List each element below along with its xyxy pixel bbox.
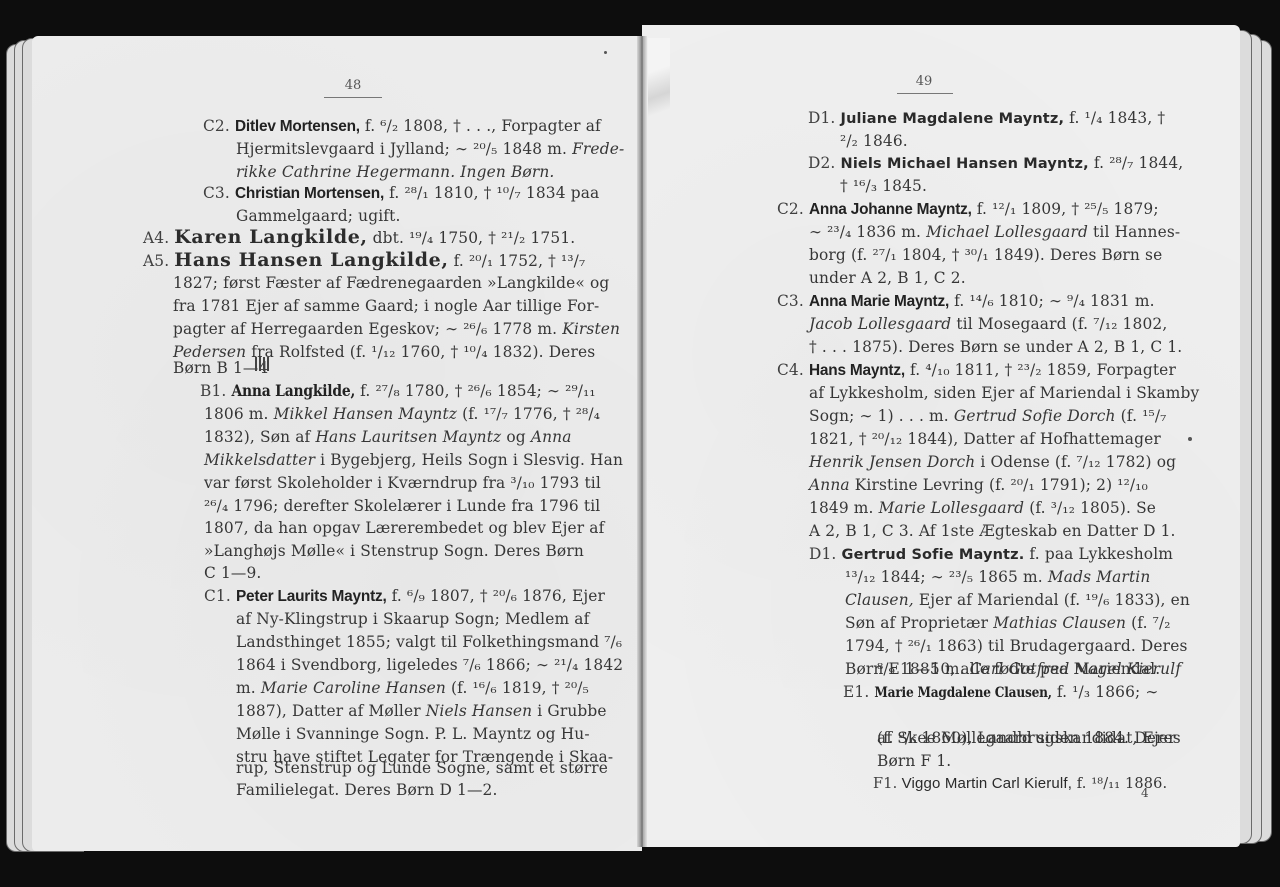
entry-C2: C2. Ditlev Mortensen, f. ⁶/₂ 1808, † . .… [203,115,601,139]
text-line: under A 2, B 1, C 2. [809,267,966,290]
text-line: af Lykkesholm, siden Ejer af Mariendal i… [809,382,1199,405]
text-line: af Skee Møllegaard siden 1884. Deres [877,727,1181,750]
text-line: Henrik Jensen Dorch i Odense (f. ⁷/₁₂ 17… [809,451,1176,474]
text-line: Mølle i Svanninge Sogn. P. L. Mayntz og … [236,723,590,746]
folio-rule [897,93,953,94]
text-line: ⁸/₉ 1885 m. Carl Gotfred Nagel Kierulf [877,658,1181,681]
text-line: ¹³/₁₂ 1844; ∼ ²³/₅ 1865 m. Mads Martin [845,566,1150,589]
page-number-left: 48 [323,78,383,93]
text-line: 1807, da han opgav Lærerembedet og blev … [204,517,604,540]
text-line: Landsthinget 1855; valgt til Folkethings… [236,631,622,654]
entry-D1-juliane: D1. Juliane Magdalene Mayntz, f. ¹/₄ 184… [808,107,1165,131]
folio-rule [324,97,382,98]
entry-C3-anna-marie: C3. Anna Marie Mayntz, f. ¹⁴/₆ 1810; ∼ ⁹… [777,290,1155,314]
text-line: Hjermitslevgaard i Jylland; ∼ ²⁰/₅ 1848 … [236,138,624,161]
text-line: † ¹⁶/₃ 1845. [840,175,927,198]
entry-A4: A4. Karen Langkilde, dbt. ¹⁹/₄ 1750, † ²… [143,226,575,250]
text-line: Anna Kirstine Levring (f. ²⁰/₁ 1791); 2)… [809,474,1148,497]
text-line: Mikkelsdatter i Bygebjerg, Heils Sogn i … [204,449,623,472]
text-line: rup, Stenstrup og Lunde Sogne, samt et s… [236,757,608,780]
entry-C2-anna-johanne: C2. Anna Johanne Mayntz, f. ¹²/₁ 1809, †… [777,198,1159,222]
text-line: borg (f. ²⁷/₁ 1804, † ³⁰/₁ 1849). Deres … [809,244,1162,267]
text-line: 1849 m. Marie Lollesgaard (f. ³/₁₂ 1805)… [809,497,1156,520]
text-line: rikke Cathrine Hegermann. Ingen Børn. [236,161,554,184]
text-line: pagter af Herregaarden Egeskov; ∼ ²⁶/₆ 1… [173,318,620,341]
text-line: Søn af Proprietær Mathias Clausen (f. ⁷/… [845,612,1171,635]
text-line: Jacob Lollesgaard til Mosegaard (f. ⁷/₁₂… [809,313,1167,336]
text-line: 1864 i Svendborg, ligeledes ⁷/₆ 1866; ∼ … [236,654,623,677]
entry-D1-gertrud: D1. Gertrud Sofie Mayntz. f. paa Lykkesh… [809,543,1173,567]
text-line: af Ny-Klingstrup i Skaarup Sogn; Medlem … [236,608,589,631]
text-line: var først Skoleholder i Kværndrup fra ³/… [204,472,601,495]
text-line: ²/₂ 1846. [840,130,908,153]
entry-B1: B1. Anna Langkilde, f. ²⁷/₈ 1780, † ²⁶/₆… [200,380,596,403]
entry-F1: F1. Viggo Martin Carl Kierulf, f. ¹⁸/₁₁ … [873,773,1167,796]
text-line: fra 1781 Ejer af samme Gaard; i nogle Aa… [173,295,599,318]
speck [604,51,607,54]
text-line: C 1—9. [204,562,261,585]
text-line: 1794, † ²⁶/₁ 1863) til Brudagergaard. De… [845,635,1188,658]
text-line: Børn F 1. [877,750,951,773]
text-line: 1827; først Fæster af Fædrenegaarden »La… [173,272,609,295]
entry-C3: C3. Christian Mortensen, f. ²⁸/₁ 1810, †… [203,182,599,206]
text-line: † . . . 1875). Deres Børn se under A 2, … [809,336,1182,359]
handwritten-mark [255,357,269,371]
speck [1188,437,1192,441]
text-line: ∼ ²³/₄ 1836 m. Michael Lollesgaard til H… [809,221,1180,244]
text-line: Sogn; ∼ 1) . . . m. Gertrud Sofie Dorch … [809,405,1166,428]
text-line: ²⁶/₄ 1796; derefter Skolelærer i Lunde f… [204,495,600,518]
text-line: 1821, † ²⁰/₁₂ 1844), Datter af Hofhattem… [809,428,1161,451]
entry-D2: D2. Niels Michael Hansen Mayntz, f. ²⁸/₇… [808,152,1183,176]
entry-A5: A5. Hans Hansen Langkilde, f. ²⁰/₁ 1752,… [143,249,585,273]
torn-paper [648,38,670,118]
entry-C4-hans: C4. Hans Mayntz, f. ⁴/₁₀ 1811, † ²³/₂ 18… [777,359,1176,383]
text-line: m. Marie Caroline Hansen (f. ¹⁶/₆ 1819, … [236,677,589,700]
text-line: 1887), Datter af Møller Niels Hansen i G… [236,700,607,723]
text-line: 1806 m. Mikkel Hansen Mayntz (f. ¹⁷/₇ 17… [204,403,600,426]
open-book-scan: 48 49 C2. Ditlev Mortensen, f. ⁶/₂ 1808,… [0,0,1280,887]
page-number-right: 49 [894,74,954,89]
text-line: Clausen, Ejer af Mariendal (f. ¹⁹/₆ 1833… [845,589,1190,612]
text-line: 1832), Søn af Hans Lauritsen Mayntz og A… [204,426,572,449]
text-line: Familielegat. Deres Børn D 1—2. [236,779,498,802]
text-line: Gammelgaard; ugift. [236,205,401,228]
text-line: A 2, B 1, C 3. Af 1ste Ægteskab en Datte… [809,520,1176,543]
signature-mark: 4 [1141,786,1149,800]
entry-C1: C1. Peter Laurits Mayntz, f. ⁶/₉ 1807, †… [204,585,605,609]
text-line: »Langhøjs Mølle« i Stenstrup Sogn. Deres… [204,540,584,563]
book-spine-gutter [637,36,647,847]
entry-E1: E1. Marie Magdalene Clausen, f. ¹/₃ 1866… [843,681,1158,705]
